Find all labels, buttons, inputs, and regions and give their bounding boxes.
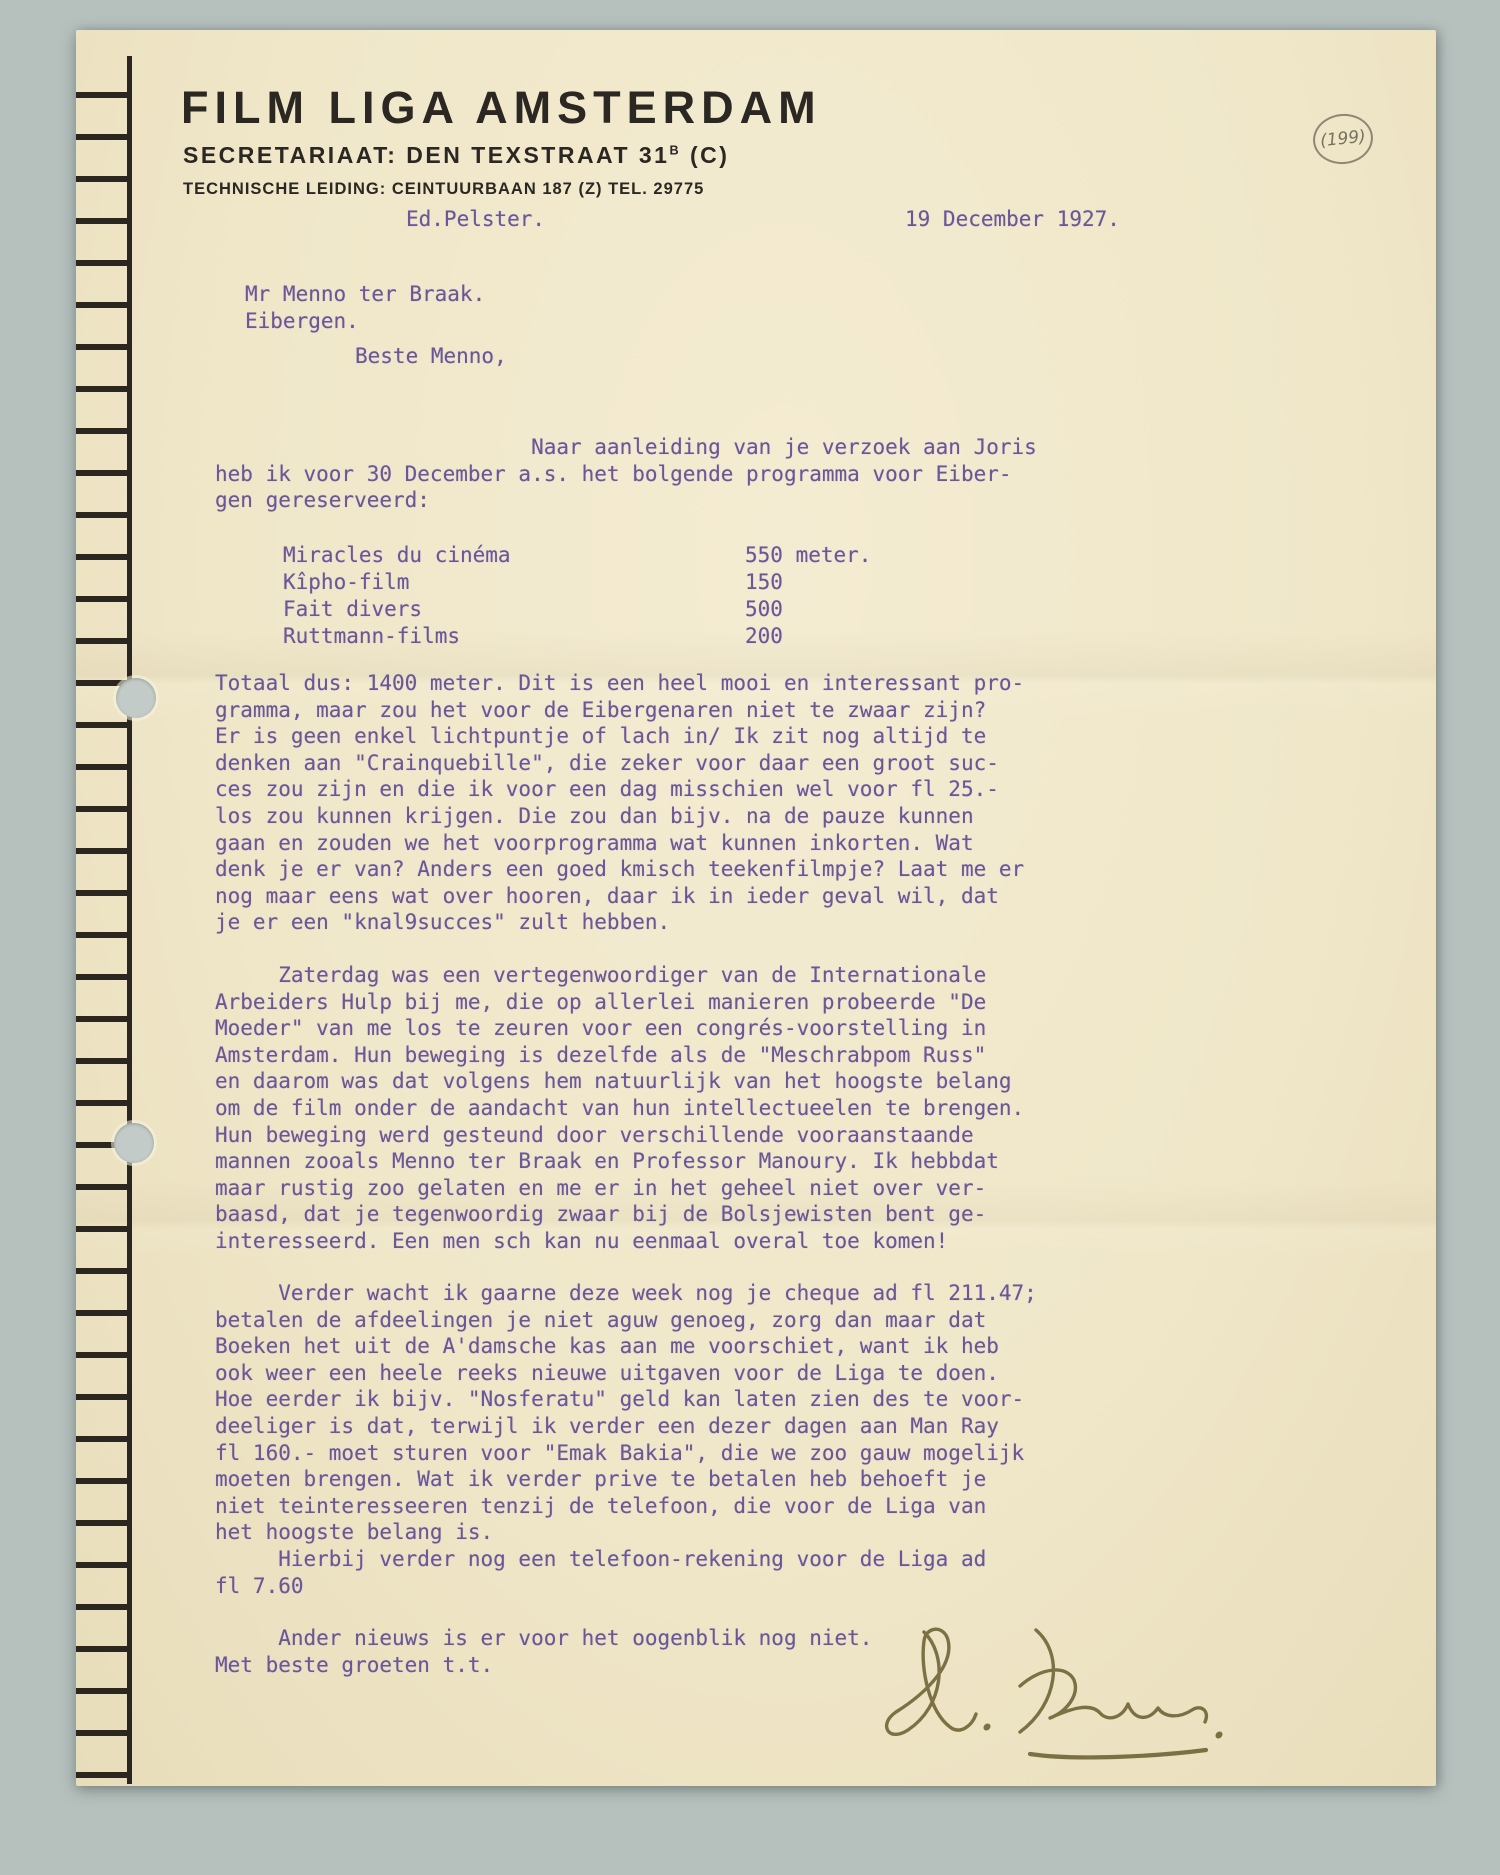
salutation: Beste Menno, [355,343,507,370]
letter-line: Met beste groeten t.t. [215,1652,872,1679]
paragraph-arbeiders-hulp: Zaterdag was een vertegenwoordiger van d… [215,962,1024,1255]
letter-line: Zaterdag was een vertegenwoordiger van d… [215,962,1024,989]
letterhead-technical-address: TECHNISCHE LEIDING: CEINTUURBAAN 187 (Z)… [183,180,704,199]
film-title: Kîpho-film [283,569,409,596]
letter-line: baasd, dat je tegenwoordig zwaar bij de … [215,1201,1024,1228]
film-length: 550 meter. [745,542,871,569]
secretariat-address-main: SECRETARIAAT: DEN TEXSTRAAT 31 [183,142,669,168]
letter-line: gen gereserveerd: [215,487,1037,514]
letterhead-organization: FILM LIGA AMSTERDAM [181,82,822,134]
secretariat-address-sup: B [669,143,681,157]
letter-line: fl 7.60 [215,1573,1037,1600]
letter-line: maar rustig zoo gelaten en me er in het … [215,1175,1024,1202]
letter-line: fl 160.- moet sturen voor "Emak Bakia", … [215,1440,1037,1467]
letter-line: je er een "knal9succes" zult hebben. [215,909,1024,936]
sender-name: Ed.Pelster. [406,206,545,233]
letter-line: Boeken het uit de A'damsche kas aan me v… [215,1333,1037,1360]
letter-line: mannen zooals Menno ter Braak en Profess… [215,1148,1024,1175]
letter-line: nog maar eens wat over hooren, daar ik i… [215,883,1024,910]
letter-line: en daarom was dat volgens hem natuurlijk… [215,1068,1024,1095]
letter-line: Mr Menno ter Braak. [245,281,485,308]
letter-line: Er is geen enkel lichtpuntje of lach in/… [215,723,1024,750]
punch-hole-top [116,678,156,718]
letter-line: Totaal dus: 1400 meter. Dit is een heel … [215,670,1024,697]
closing-lines: Ander nieuws is er voor het oogenblik no… [215,1625,872,1678]
letterhead-secretariat-address: SECRETARIAAT: DEN TEXSTRAAT 31B (C) [183,142,729,169]
letter-line: niet teinteresseeren tenzij de telefoon,… [215,1493,1037,1520]
letter-line: om de film onder de aandacht van hun int… [215,1095,1024,1122]
signature-ed-pelster [820,1622,1240,1802]
punch-hole-bottom [114,1123,154,1163]
secretariat-address-tail: (C) [681,142,729,168]
letter-line: Ander nieuws is er voor het oogenblik no… [215,1625,872,1652]
letter-line: Arbeiders Hulp bij me, die op allerlei m… [215,989,1024,1016]
letter-line: ook weer een heele reeks nieuwe uitgaven… [215,1360,1037,1387]
film-title: Ruttmann-films [283,623,460,650]
letter-line: denken aan "Crainquebille", die zeker vo… [215,750,1024,777]
letter-line: Amsterdam. Hun beweging is dezelfde als … [215,1042,1024,1069]
filmstrip-border-bars [76,92,127,1780]
letter-line: gramma, maar zou het voor de Eibergenare… [215,697,1024,724]
letter-line: Hun beweging werd gesteund door verschil… [215,1122,1024,1149]
letter-line: deeliger is dat, terwijl ik verder een d… [215,1413,1037,1440]
archive-number-annotation: (199) [1311,111,1376,167]
paragraph-finances: Verder wacht ik gaarne deze week nog je … [215,1280,1037,1599]
letter-line: Moeder" van me los te zeuren voor een co… [215,1015,1024,1042]
recipient-address: Mr Menno ter Braak.Eibergen. [245,281,485,334]
letter-page: (199) FILM LIGA AMSTERDAM SECRETARIAAT: … [76,30,1436,1786]
letter-line: Eibergen. [245,308,485,335]
archive-number-text: (199) [1319,127,1367,152]
letter-line: Hoe eerder ik bijv. "Nosferatu" geld kan… [215,1386,1037,1413]
filmstrip-border-line [127,56,132,1784]
paragraph-program-comment: Totaal dus: 1400 meter. Dit is een heel … [215,670,1024,936]
letter-date: 19 December 1927. [905,206,1120,233]
letter-line: heb ik voor 30 December a.s. het bolgend… [215,461,1037,488]
letter-line: gaan en zouden we het voorprogramma wat … [215,830,1024,857]
letter-line: los zou kunnen krijgen. Die zou dan bijv… [215,803,1024,830]
letter-line: ces zou zijn en die ik voor een dag miss… [215,776,1024,803]
film-title: Fait divers [283,596,422,623]
film-length: 200 [745,623,783,650]
letter-line: Hierbij verder nog een telefoon-rekening… [215,1546,1037,1573]
letter-line: moeten brengen. Wat ik verder prive te b… [215,1466,1037,1493]
letter-line: het hoogste belang is. [215,1519,1037,1546]
letter-line: interesseerd. Een men sch kan nu eenmaal… [215,1228,1024,1255]
film-length: 500 [745,596,783,623]
film-length: 150 [745,569,783,596]
letter-line: denk je er van? Anders een goed kmisch t… [215,856,1024,883]
letter-line: Naar aanleiding van je verzoek aan Joris [215,434,1037,461]
letter-line: betalen de afdeelingen je niet aguw geno… [215,1307,1037,1334]
film-title: Miracles du cinéma [283,542,511,569]
paragraph-intro: Naar aanleiding van je verzoek aan Joris… [215,434,1037,514]
letter-line: Verder wacht ik gaarne deze week nog je … [215,1280,1037,1307]
